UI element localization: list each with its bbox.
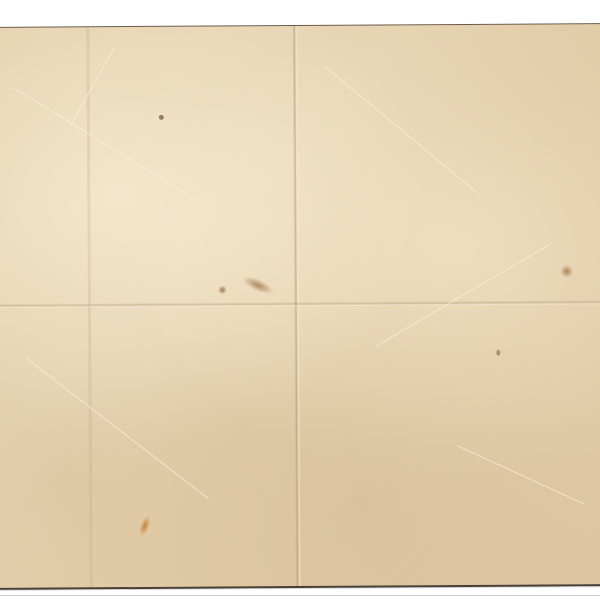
scanned-image [0,0,600,600]
crease-line [324,66,479,194]
stain-speck [159,115,164,120]
stain-small-spot [218,285,227,294]
stain-center-spot [240,273,276,298]
stain-lower-left-spot [137,514,153,538]
crease-line [14,88,202,204]
scanner-edge-line [0,595,600,596]
stain-right-spot [561,264,573,278]
crease-line [457,445,585,504]
crease-line [69,47,114,126]
crease-line [376,245,549,347]
crease-line [26,358,209,499]
aged-paper-sheet [0,23,600,590]
stain-speck [496,350,500,356]
